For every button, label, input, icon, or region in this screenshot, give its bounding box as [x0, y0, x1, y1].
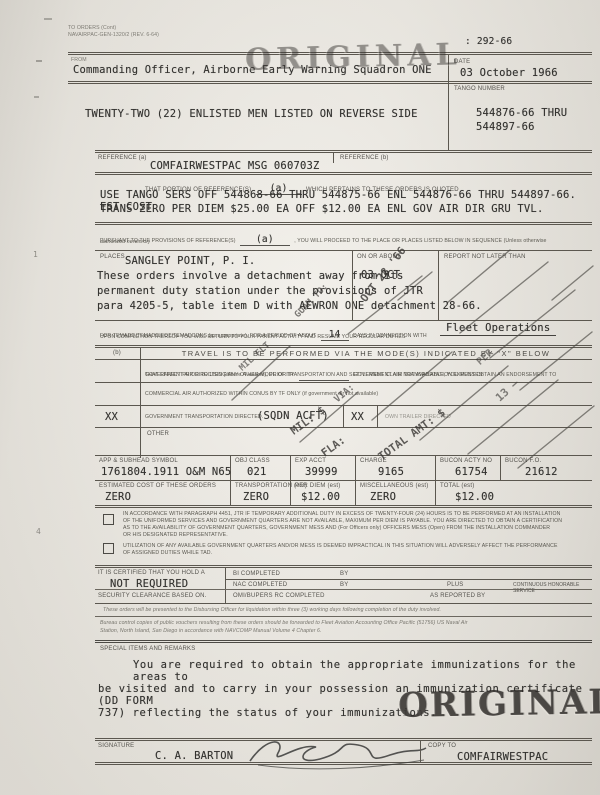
acct-label: BUCON ACTY NO — [440, 458, 492, 465]
copy-to-label: COPY TO — [428, 743, 456, 750]
acct-value: 1761804.1911 O&M N65 — [101, 466, 231, 478]
subject-line: TWENTY-TWO (22) ENLISTED MEN LISTED ON R… — [85, 108, 418, 120]
gov-air-line-2: THAT EFFECT PRIOR TO USING ANY OTHER MOD… — [145, 372, 482, 379]
acct-label: PER DIEM (est) — [295, 483, 340, 490]
gov-trans-mark: XX — [105, 411, 118, 423]
places-label: PLACES — [100, 254, 125, 261]
bi-row: BI COMPLETED BY — [225, 568, 592, 580]
divider — [377, 406, 378, 427]
acct-label: OBJ CLASS — [235, 458, 270, 465]
form-corner-text: TO ORDERS (Cont) — [68, 25, 159, 32]
clearance-row: IT IS CERTIFIED THAT YOU HOLD A NOT REQU… — [95, 565, 592, 589]
travel-gov-air-row: GOVERNMENT AIR DIRECTED (Where Available… — [95, 360, 592, 383]
pursuant-fill: (a) — [240, 234, 290, 246]
divider — [68, 81, 592, 84]
travel-box-label: (b) — [113, 350, 121, 357]
tango-value-1: 544876-66 THRU — [476, 107, 567, 119]
acct-value: ZERO — [105, 491, 131, 503]
places-value: SANGLEY POINT, P. I. — [125, 255, 255, 267]
signature-row: SIGNATURE C. A. BARTON COPY TO COMFAIRWE… — [95, 738, 592, 765]
acct-value: 21612 — [525, 466, 558, 478]
bureau-note-1: Bureau control copies of public vouchers… — [100, 620, 468, 627]
pursuant-row: PURSUANT TO THE PROVISIONS OF REFERENCE(… — [95, 222, 592, 250]
travel-header: TRAVEL IS TO BE PERFORMED VIA THE MODE(S… — [140, 349, 592, 358]
copy-to-value: COMFAIRWESTPAC — [457, 751, 548, 763]
nac-by-label: BY — [340, 582, 348, 589]
gov-trans-label: GOVERNMENT TRANSPORTATION DIRECTED. — [145, 414, 263, 421]
bureau-note-2: Station, North Island, San Diego in acco… — [100, 628, 322, 635]
acct-label: TOTAL (est) — [440, 483, 474, 490]
divider — [343, 406, 344, 427]
hold-label: IT IS CERTIFIED THAT YOU HOLD A — [98, 570, 205, 577]
divider — [225, 590, 226, 603]
acct-value: 021 — [247, 466, 267, 478]
quarters-certification-2: UTILIZATION OF ANY AVAILABLE GOVERNMENT … — [95, 538, 592, 565]
divider — [140, 406, 141, 427]
reference-a-label: REFERENCE (a) — [98, 155, 147, 162]
scan-artifact — [44, 18, 52, 20]
divider — [333, 153, 334, 163]
temadd-row: FOR TEMADD/TEMADDIFOT/TEMADCONS (as appr… — [95, 320, 592, 345]
signature-label: SIGNATURE — [98, 743, 134, 750]
disbursing-note: These orders will be presented to the Di… — [103, 607, 441, 614]
acct-label: ESTIMATED COST OF THESE ORDERS — [99, 483, 216, 490]
acct-value: 9165 — [378, 466, 404, 478]
handwritten-signature — [240, 731, 430, 771]
acct-label: BUCON F.O. — [505, 458, 541, 465]
acct-label: EXP ACCT — [295, 458, 326, 465]
checkbox-utilization-cert — [103, 543, 114, 554]
acct-value: 61754 — [455, 466, 488, 478]
places-body-1: These orders involve a detachment away f… — [97, 270, 404, 282]
original-stamp-bottom: ORIGINAL — [398, 682, 600, 726]
accounting-table: APP & SUBHEAD SYMBOL 1761804.1911 O&M N6… — [95, 455, 592, 505]
omi-label: OMI/BUPERS RC COMPLETED — [233, 593, 325, 600]
pursuant-cont: authorized herein/or) — [100, 239, 150, 246]
remarks-line-1: You are required to obtain the appropria… — [133, 659, 592, 683]
security-basis-label: SECURITY CLEARANCE BASED ON. — [98, 593, 207, 600]
acct-label: APP & SUBHEAD SYMBOL — [99, 458, 178, 465]
cert2-line1: UTILIZATION OF ANY AVAILABLE GOVERNMENT … — [123, 543, 589, 550]
date-value: 03 October 1966 — [460, 67, 558, 79]
margin-item-number: 1 — [33, 250, 38, 259]
travel-header-row: (b) TRAVEL IS TO BE PERFORMED VIA THE MO… — [95, 348, 592, 360]
pursuant-line: PURSUANT TO THE PROVISIONS OF REFERENCE(… — [100, 229, 547, 247]
divider — [352, 251, 353, 320]
accounting-row-2: ESTIMATED COST OF THESE ORDERS ZERO TRAN… — [95, 481, 592, 506]
quote-line-2: TRANS ZERO PER DIEM $25.00 EA OFF $12.00… — [100, 203, 543, 215]
places-body-3: para 4205-5, table item D with AEWRON ON… — [97, 300, 482, 312]
scan-artifact — [36, 60, 42, 62]
temadd-connection-value: Fleet Operations — [440, 322, 556, 336]
remarks-label: SPECIAL ITEMS AND REMARKS — [100, 646, 195, 653]
acct-value: $12.00 — [455, 491, 494, 503]
accounting-row-1: APP & SUBHEAD SYMBOL 1761804.1911 O&M N6… — [95, 456, 592, 481]
form-corner-label: TO ORDERS (Cont) NAVAIRPAC-GEN-1320/2 (R… — [68, 25, 159, 38]
acct-value: ZERO — [370, 491, 396, 503]
acct-value: ZERO — [243, 491, 269, 503]
clearance-basis-row: SECURITY CLEARANCE BASED ON. OMI/BUPERS … — [95, 589, 592, 603]
reference-row: REFERENCE (a) COMFAIRWESTPAC MSG 060703Z… — [95, 150, 592, 172]
places-box: PLACES SANGLEY POINT, P. I. These orders… — [95, 250, 592, 320]
bi-by-label: BY — [340, 571, 348, 578]
divider — [438, 251, 439, 320]
cert1-line1: IN ACCORDANCE WITH PARAGRAPH 4451, JTR I… — [123, 511, 589, 518]
tango-label: TANGO NUMBER — [454, 86, 505, 93]
travel-gov-trans-row: XX GOVERNMENT TRANSPORTATION DIRECTED. (… — [95, 405, 592, 428]
cert1-line2: OF THE UNIFORMED SERVICES AND GOVERNMENT… — [123, 518, 589, 525]
signer-name: C. A. BARTON — [155, 750, 233, 762]
form-number: NAVAIRPAC-GEN-1320/2 (REV. 6-64) — [68, 32, 159, 39]
scanned-orders-document: TO ORDERS (Cont) NAVAIRPAC-GEN-1320/2 (R… — [0, 0, 600, 795]
other-label: OTHER — [147, 431, 169, 438]
order-number: : 292-66 — [465, 36, 512, 48]
remarks-line-3: 737) reflecting the status of your immun… — [98, 707, 437, 719]
divider — [420, 741, 421, 762]
checkbox-quarters-cert — [103, 514, 114, 525]
reported-by-label: AS REPORTED BY — [430, 593, 485, 600]
report-not-later-label: REPORT NOT LATER THAN — [444, 254, 526, 261]
divider — [140, 360, 141, 382]
acct-label: MISCELLANEOUS (est) — [360, 483, 428, 490]
pursuant-post: , YOU WILL PROCEED TO THE PLACE OR PLACE… — [294, 238, 546, 244]
acct-value: 39999 — [305, 466, 338, 478]
temadd-line-2: UPON COMPLETION THEREOF YOU WILL RETURN … — [100, 334, 406, 341]
second-mode-mark: XX — [351, 411, 364, 423]
cert2-line2: OF ASSIGNED DUTIES WHILE TAD. — [123, 550, 589, 557]
scan-artifact — [34, 96, 39, 98]
nac-label: NAC COMPLETED — [233, 582, 287, 589]
disbursing-note-row: These orders will be presented to the Di… — [95, 603, 592, 616]
quote-box: THAT PORTION OF REFERENCE(S) (a) WHICH P… — [95, 172, 592, 222]
cert1-line3: AS TO THE AVAILABILITY OF GOVERNMENT QUA… — [123, 525, 589, 532]
from-label: FROM — [71, 57, 87, 64]
plus-label: PLUS — [447, 582, 463, 589]
bureau-note-row: Bureau control copies of public vouchers… — [95, 616, 592, 640]
bi-label: BI COMPLETED — [233, 571, 280, 578]
quarters-certification-1: IN ACCORDANCE WITH PARAGRAPH 4451, JTR I… — [95, 505, 592, 538]
original-stamp-top: ORIGINAL — [245, 37, 462, 78]
margin-item-number: 4 — [36, 527, 41, 536]
reference-a-value: COMFAIRWESTPAC MSG 060703Z — [150, 160, 320, 172]
divider — [140, 428, 141, 458]
reference-b-label: REFERENCE (b) — [340, 155, 389, 162]
tango-value-2: 544897-66 — [476, 121, 535, 133]
acct-value: $12.00 — [301, 491, 340, 503]
divider — [140, 383, 141, 405]
